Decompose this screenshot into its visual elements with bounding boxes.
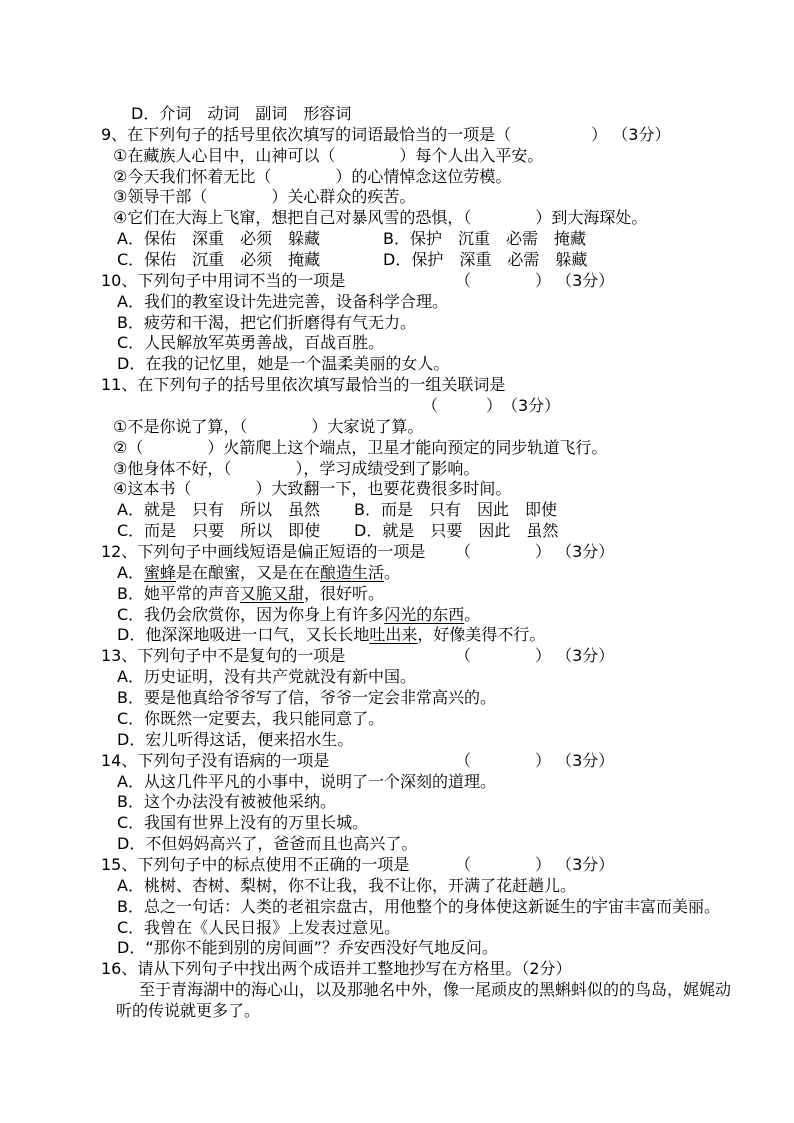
document-line: D．介词 动词 副词 形容词 (101, 104, 761, 125)
text-run: （ ） （3分） (422, 396, 560, 415)
text-run: A．就是 只有 所以 虽然 (117, 500, 320, 519)
text-run: B．这个办法没有被被他采纳。 (117, 792, 336, 811)
document-line: ①在藏族人心目中，山神可以（ ）每个人出入平安。 (101, 146, 761, 167)
document-line: 9、在下列句子的括号里依次填写的词语最恰当的一项是（ ） （3分） (101, 125, 761, 146)
text-run: ③领导干部（ ）关心群众的疾苦。 (113, 187, 415, 206)
text-run: A．保佑 深重 必须 躲藏 (117, 229, 320, 248)
text-run: 。 (384, 563, 400, 582)
document-line: C．你既然一定要去，我只能同意了。 (101, 709, 761, 730)
text-run: ①不是你说了算，（ ）大家说了算。 (113, 417, 423, 436)
document-line: C．我曾在《人民日报》上发表过意见。 (101, 918, 761, 939)
text-run: ②今天我们怀着无比（ ）的心情悼念这位劳模。 (113, 167, 511, 186)
document-line: D．在我的记忆里，她是一个温柔美丽的女人。 (101, 354, 761, 375)
text-run: 是在酿蜜，又是在在 (176, 563, 320, 582)
document-line: 13、下列句子中不是复句的一项是（ ） （3分） (101, 646, 761, 667)
underlined-phrase: 闪光的东西 (384, 605, 464, 624)
document-line: A．蜜蜂是在酿蜜，又是在在酿造生活。 (101, 563, 761, 584)
document-line: 16、请从下列句子中找出两个成语并工整地抄写在方格里。（2分） (101, 959, 761, 980)
text-run: 16、请从下列句子中找出两个成语并工整地抄写在方格里。（2分） (101, 959, 572, 978)
text-run: ，很好听。 (304, 584, 384, 603)
document-line: A．桃树、杏树、梨树，你不让我，我不让你，开满了花赶趟儿。 (101, 876, 761, 897)
document-line: （ ） （3分） (101, 396, 761, 417)
document-line: 听的传说就更多了。 (101, 1001, 761, 1022)
document-line: B．总之一句话：人类的老祖宗盘古，用他整个的身体使这新诞生的宇宙丰富而美丽。 (101, 897, 761, 918)
text-run: ④这本书（ ）大致翻一下，也要花费很多时间。 (113, 479, 511, 498)
text-run: 听的传说就更多了。 (116, 1001, 260, 1020)
text-run: A．历史证明，没有共产党就没有新中国。 (117, 667, 416, 686)
aligned-right-text: （ ） （3分） (455, 271, 614, 292)
document-line: B．她平常的声音又脆又甜，很好听。 (101, 584, 761, 605)
text-run: C．人民解放军英勇善战，百战百胜。 (117, 333, 384, 352)
aligned-right-text: （ ） （3分） (455, 542, 614, 563)
document-line: ①不是你说了算，（ ）大家说了算。 (101, 417, 761, 438)
document-line: A．保佑 深重 必须 躲藏B．保护 沉重 必需 掩藏 (101, 229, 761, 250)
document-line: B．疲劳和干渴，把它们折磨得有气无力。 (101, 313, 761, 334)
document-line: B．这个办法没有被被他采纳。 (101, 792, 761, 813)
document-content: D．介词 动词 副词 形容词9、在下列句子的括号里依次填写的词语最恰当的一项是（… (101, 104, 761, 1022)
text-run: D．他深深地吸进一口气，又长长地 (117, 625, 369, 644)
document-page: D．介词 动词 副词 形容词9、在下列句子的括号里依次填写的词语最恰当的一项是（… (0, 0, 794, 1123)
document-line: B．要是他真给爷爷写了信，爷爷一定会非常高兴的。 (101, 688, 761, 709)
document-line: D．宏儿听得这话，便来招水生。 (101, 730, 761, 751)
text-run: 10、下列句子中用词不当的一项是 (101, 271, 345, 290)
document-line: ②（ ）火箭爬上这个端点，卫星才能向预定的同步轨道飞行。 (101, 438, 761, 459)
text-run: B．疲劳和干渴，把它们折磨得有气无力。 (117, 313, 416, 332)
document-line: A．从这几件平凡的小事中，说明了一个深刻的道理。 (101, 772, 761, 793)
document-line: C．我国有世界上没有的万里长城。 (101, 813, 761, 834)
text-run: A．我们的教室设计先进完善，设备科学合理。 (117, 292, 448, 311)
document-line: A．就是 只有 所以 虽然B．而是 只有 因此 即使 (101, 500, 761, 521)
underlined-phrase: 蜜蜂 (144, 563, 176, 582)
text-run: 11、在下列句子的括号里依次填写最恰当的一组关联词是 (101, 375, 505, 394)
aligned-right-text: （ ） （3分） (455, 751, 614, 772)
text-run: 12、下列句子中画线短语是偏正短语的一项是 (101, 542, 425, 561)
text-run: C．你既然一定要去，我只能同意了。 (117, 709, 384, 728)
document-line: ④它们在大海上飞窜，想把自己对暴风雪的恐惧，（ ）到大海琛处。 (101, 208, 761, 229)
text-run: D．“那你不能到别的房间画”？乔安西没好气地反问。 (117, 938, 498, 957)
document-line: C．而是 只要 所以 即使D．就是 只要 因此 虽然 (101, 521, 761, 542)
document-line: D．他深深地吸进一口气，又长长地吐出来，好像美得不行。 (101, 625, 761, 646)
text-run: 15、下列句子中的标点使用不正确的一项是 (101, 855, 409, 874)
text-run: D．介词 动词 副词 形容词 (131, 104, 351, 123)
text-run: 14、下列句子没有语病的一项是 (101, 751, 329, 770)
document-line: A．我们的教室设计先进完善，设备科学合理。 (101, 292, 761, 313)
document-line: ③领导干部（ ）关心群众的疾苦。 (101, 187, 761, 208)
text-run: 9、在下列句子的括号里依次填写的词语最恰当的一项是（ ） （3分） (101, 125, 670, 144)
document-line: 12、下列句子中画线短语是偏正短语的一项是（ ） （3分） (101, 542, 761, 563)
document-line: A．历史证明，没有共产党就没有新中国。 (101, 667, 761, 688)
underlined-phrase: 吐出来 (369, 625, 417, 644)
text-run: C．我曾在《人民日报》上发表过意见。 (117, 918, 400, 937)
text-run: A． (117, 563, 144, 582)
document-line: 11、在下列句子的括号里依次填写最恰当的一组关联词是 (101, 375, 761, 396)
document-line: C．人民解放军英勇善战，百战百胜。 (101, 333, 761, 354)
text-run: ，好像美得不行。 (417, 625, 545, 644)
text-run: D．宏儿听得这话，便来招水生。 (117, 730, 353, 749)
text-run: ②（ ）火箭爬上这个端点，卫星才能向预定的同步轨道飞行。 (113, 438, 607, 457)
aligned-right-text: D．保护 深重 必需 躲藏 (383, 250, 587, 271)
document-line: 15、下列句子中的标点使用不正确的一项是（ ） （3分） (101, 855, 761, 876)
document-line: D．不但妈妈高兴了，爸爸而且也高兴了。 (101, 834, 761, 855)
text-run: C．我仍会欣赏你，因为你身上有许多 (117, 605, 384, 624)
text-run: 。 (464, 605, 480, 624)
underlined-phrase: 酿造生活 (320, 563, 384, 582)
aligned-right-text: （ ） （3分） (455, 855, 614, 876)
document-line: D．“那你不能到别的房间画”？乔安西没好气地反问。 (101, 938, 761, 959)
text-run: A．从这几件平凡的小事中，说明了一个深刻的道理。 (117, 772, 496, 791)
underlined-phrase: 又脆又甜 (240, 584, 304, 603)
text-run: D．在我的记忆里，她是一个温柔美丽的女人。 (117, 354, 449, 373)
aligned-right-text: （ ） （3分） (455, 646, 614, 667)
text-run: C．我国有世界上没有的万里长城。 (117, 813, 368, 832)
text-run: B．她平常的声音 (117, 584, 240, 603)
aligned-right-text: B．保护 沉重 必需 掩藏 (383, 229, 586, 250)
text-run: ④它们在大海上飞窜，想把自己对暴风雪的恐惧，（ ）到大海琛处。 (113, 208, 647, 227)
document-line: C．保佑 沉重 必须 掩藏D．保护 深重 必需 躲藏 (101, 250, 761, 271)
document-line: 至于青海湖中的海心山，以及那驰名中外，像一尾顽皮的黑蝌蚪似的的鸟岛，娓娓动 (101, 980, 761, 1001)
text-run: B．总之一句话：人类的老祖宗盘古，用他整个的身体使这新诞生的宇宙丰富而美丽。 (117, 897, 720, 916)
text-run: A．桃树、杏树、梨树，你不让我，我不让你，开满了花赶趟儿。 (117, 876, 576, 895)
document-line: ④这本书（ ）大致翻一下，也要花费很多时间。 (101, 479, 761, 500)
document-line: ②今天我们怀着无比（ ）的心情悼念这位劳模。 (101, 167, 761, 188)
document-line: C．我仍会欣赏你，因为你身上有许多闪光的东西。 (101, 605, 761, 626)
text-run: 13、下列句子中不是复句的一项是 (101, 646, 345, 665)
aligned-right-text: D．就是 只要 因此 虽然 (354, 521, 558, 542)
text-run: ③他身体不好，（ ），学习成绩受到了影响。 (113, 459, 479, 478)
text-run: B．要是他真给爷爷写了信，爷爷一定会非常高兴的。 (117, 688, 496, 707)
document-line: ③他身体不好，（ ），学习成绩受到了影响。 (101, 459, 761, 480)
aligned-right-text: B．而是 只有 因此 即使 (354, 500, 557, 521)
text-run: 至于青海湖中的海心山，以及那驰名中外，像一尾顽皮的黑蝌蚪似的的鸟岛，娓娓动 (139, 980, 731, 999)
document-line: 10、下列句子中用词不当的一项是（ ） （3分） (101, 271, 761, 292)
text-run: C．保佑 沉重 必须 掩藏 (117, 250, 320, 269)
text-run: C．而是 只要 所以 即使 (117, 521, 320, 540)
document-line: 14、下列句子没有语病的一项是（ ） （3分） (101, 751, 761, 772)
text-run: ①在藏族人心目中，山神可以（ ）每个人出入平安。 (113, 146, 543, 165)
text-run: D．不但妈妈高兴了，爸爸而且也高兴了。 (117, 834, 417, 853)
